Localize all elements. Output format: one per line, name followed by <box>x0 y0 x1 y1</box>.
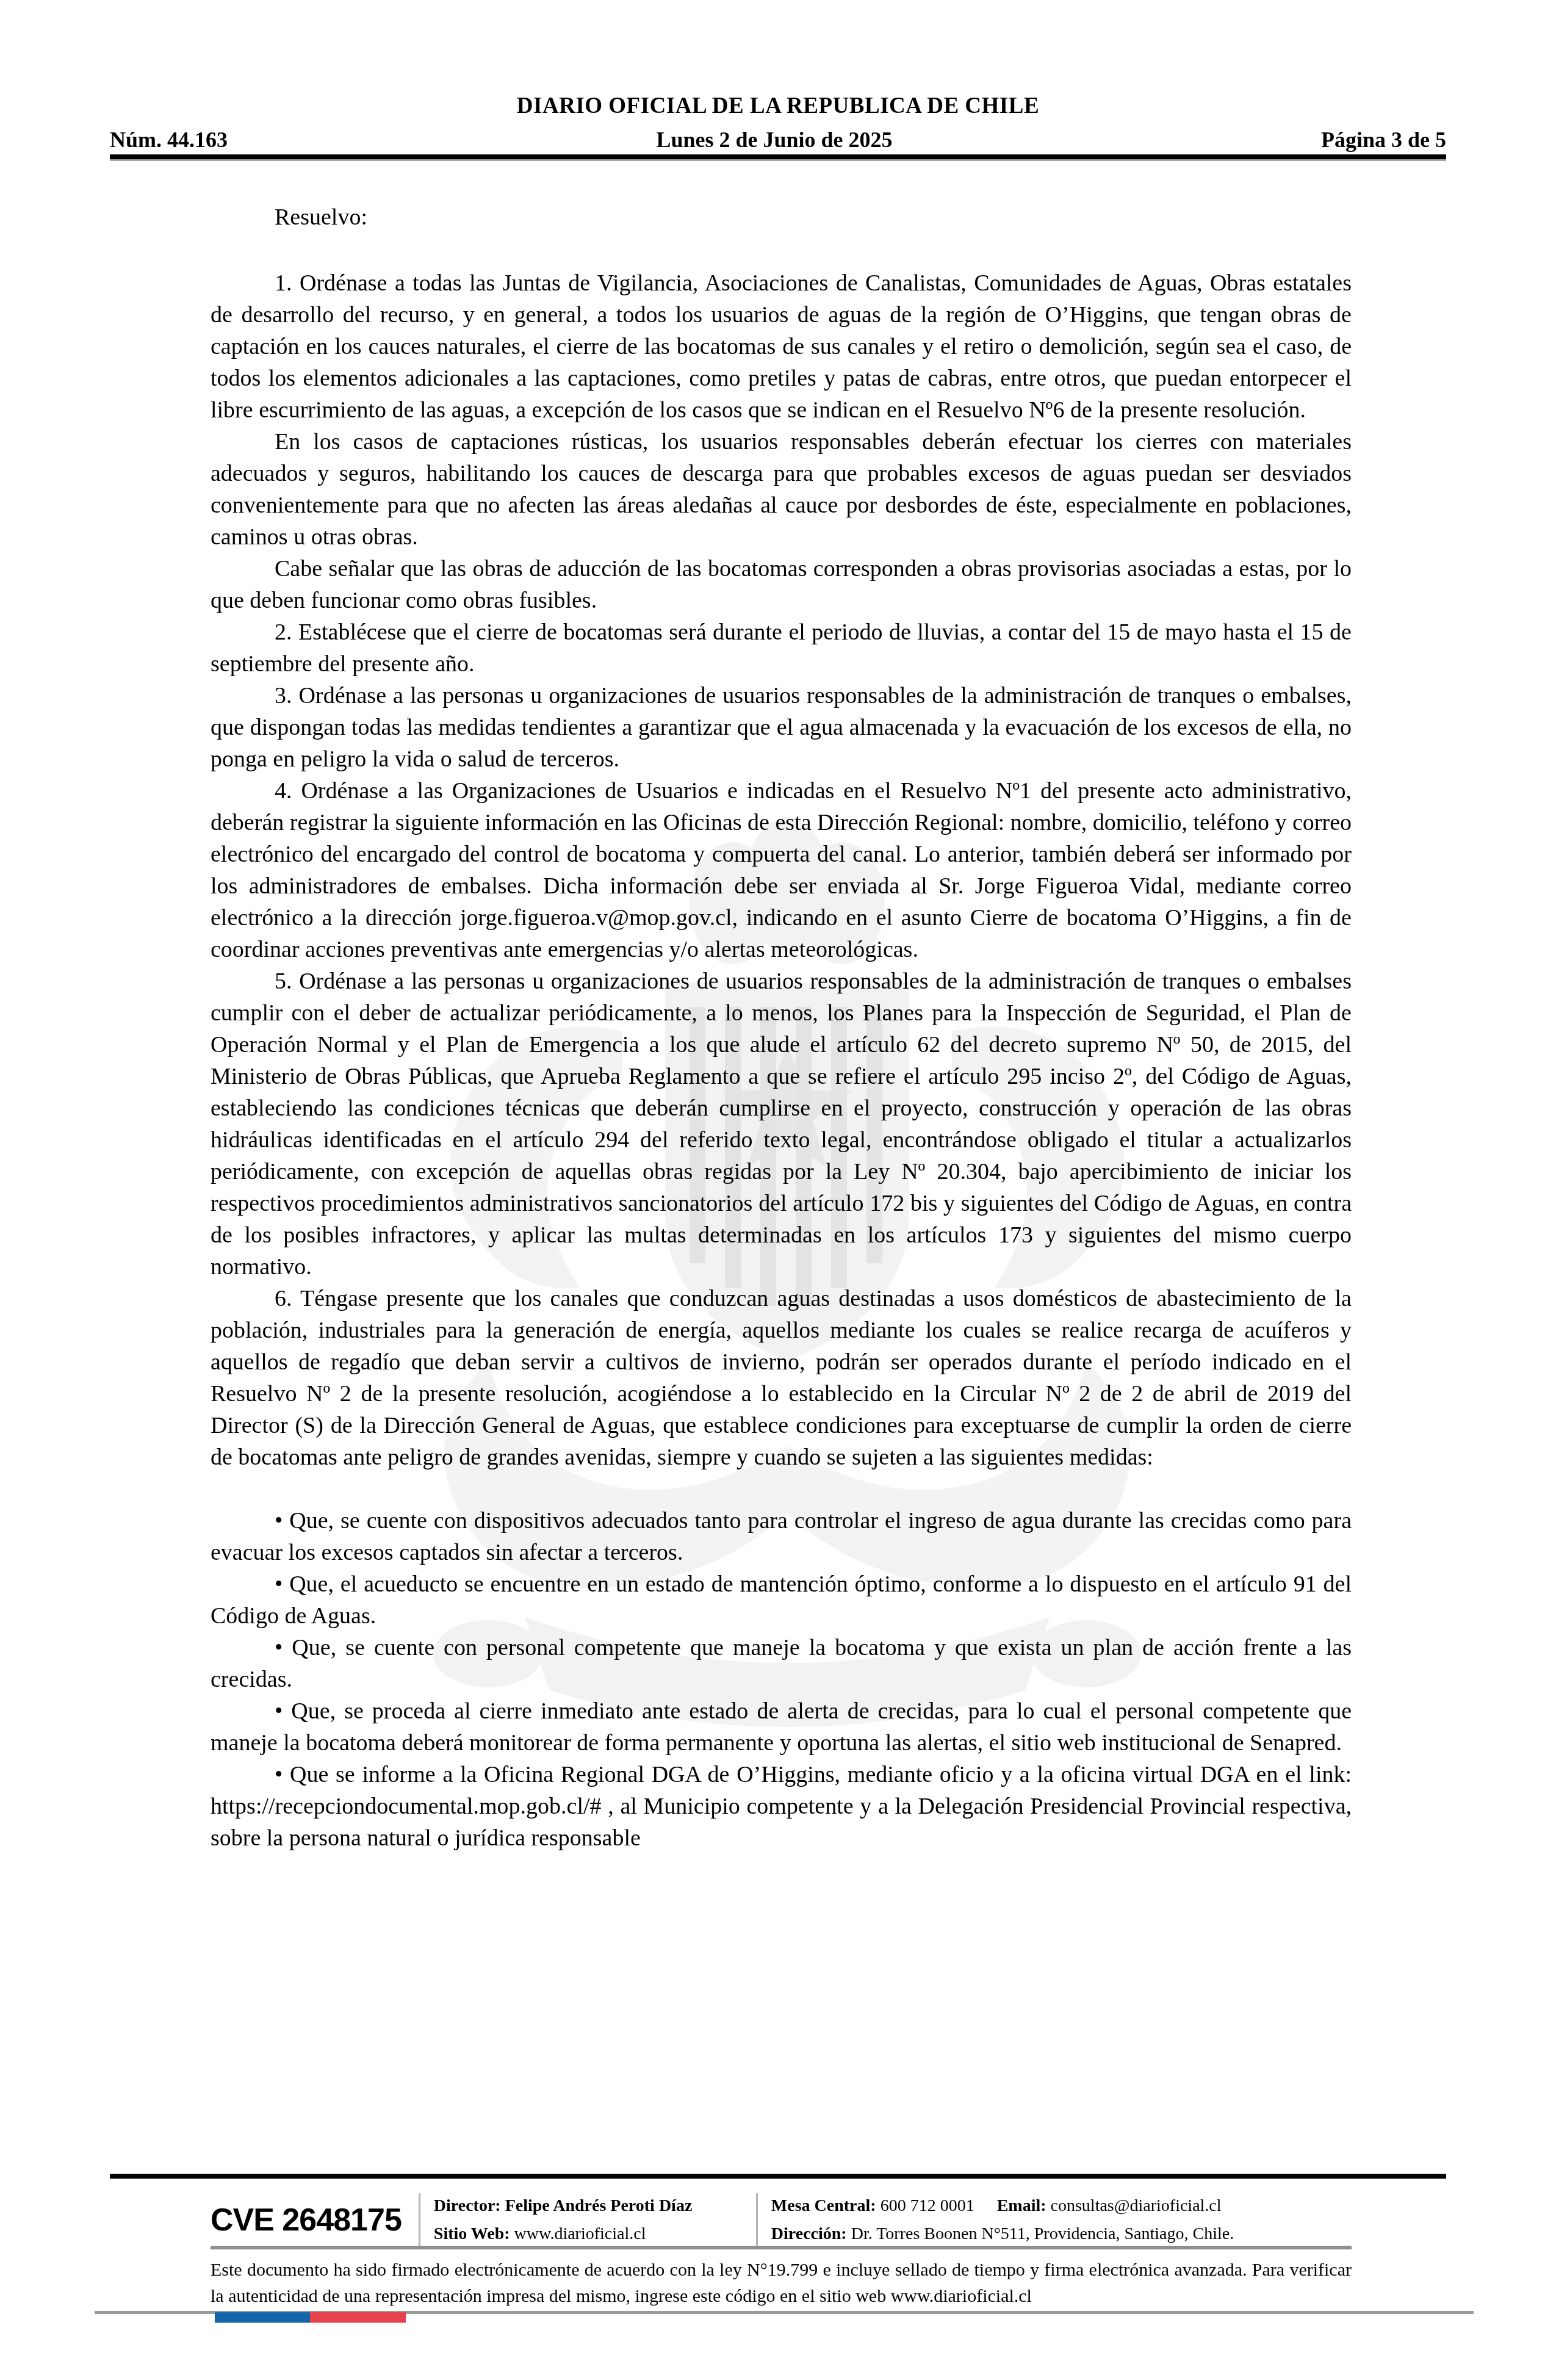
footer-gray-rule <box>211 2246 1352 2249</box>
body-paragraph: En los casos de captaciones rústicas, lo… <box>211 426 1352 553</box>
sitio-web-value: www.diarioficial.cl <box>514 2224 646 2243</box>
sitio-web-line: Sitio Web: www.diarioficial.cl <box>434 2220 756 2248</box>
direccion-value: Dr. Torres Boonen N°511, Providencia, Sa… <box>851 2224 1234 2243</box>
issue-number: Núm. 44.163 <box>110 127 228 153</box>
email-value: consultas@diarioficial.cl <box>1051 2196 1222 2215</box>
director-name: Felipe Andrés Peroti Díaz <box>505 2196 693 2215</box>
header-meta-row: Núm. 44.163 Lunes 2 de Junio de 2025 Pág… <box>110 127 1446 153</box>
body-paragraph: 5. Ordénase a las personas u organizacio… <box>211 965 1352 1283</box>
flag-bar-blue <box>215 2312 310 2323</box>
flag-bar-red <box>310 2312 406 2323</box>
legal-notice: Este documento ha sido firmado electróni… <box>211 2257 1352 2309</box>
footer-director-column: Director: Felipe Andrés Peroti Díaz Siti… <box>434 2192 756 2248</box>
bullet-item: • Que se informe a la Oficina Regional D… <box>211 1759 1352 1854</box>
footer-divider-right <box>756 2193 758 2247</box>
bullet-item: • Que, se cuente con personal competente… <box>211 1632 1352 1695</box>
paragraph-list: 1. Ordénase a todas las Juntas de Vigila… <box>211 267 1352 1473</box>
footer-contact-column: Mesa Central: 600 712 0001 Email: consul… <box>771 2192 1234 2248</box>
bullet-item: • Que, se cuente con dispositivos adecua… <box>211 1505 1352 1568</box>
mesa-central-value: 600 712 0001 <box>881 2196 974 2215</box>
body-paragraph: 1. Ordénase a todas las Juntas de Vigila… <box>211 267 1352 426</box>
bullet-item: • Que, se proceda al cierre inmediato an… <box>211 1695 1352 1759</box>
sitio-web-label: Sitio Web: <box>434 2224 510 2243</box>
header-date: Lunes 2 de Junio de 2025 <box>656 127 892 153</box>
bullet-list: • Que, se cuente con dispositivos adecua… <box>211 1505 1352 1854</box>
email-label: Email: <box>997 2196 1046 2215</box>
body-paragraph: 2. Establécese que el cierre de bocatoma… <box>211 616 1352 680</box>
header-rule <box>110 154 1446 161</box>
contact-line: Mesa Central: 600 712 0001 Email: consul… <box>771 2192 1234 2220</box>
footer-divider-left <box>419 2193 420 2247</box>
body-paragraph: 4. Ordénase a las Organizaciones de Usua… <box>211 775 1352 965</box>
director-line: Director: Felipe Andrés Peroti Díaz <box>434 2192 756 2220</box>
direccion-label: Dirección: <box>771 2224 847 2243</box>
cve-code: CVE 2648175 <box>211 2202 402 2238</box>
publication-title: DIARIO OFICIAL DE LA REPUBLICA DE CHILE <box>0 93 1556 119</box>
body-paragraph: 6. Téngase presente que los canales que … <box>211 1283 1352 1473</box>
body-paragraph: 3. Ordénase a las personas u organizacio… <box>211 680 1352 775</box>
body-paragraph: Cabe señalar que las obras de aducción d… <box>211 553 1352 616</box>
footer-top-rule <box>110 2174 1446 2179</box>
gazette-page: DIARIO OFICIAL DE LA REPUBLICA DE CHILE … <box>0 0 1556 2380</box>
address-line: Dirección: Dr. Torres Boonen N°511, Prov… <box>771 2220 1234 2248</box>
cve-row: CVE 2648175 Director: Felipe Andrés Pero… <box>211 2190 1352 2251</box>
bullet-item: • Que, el acueducto se encuentre en un e… <box>211 1568 1352 1632</box>
resuelvo-heading: Resuelvo: <box>211 201 1352 233</box>
mesa-central-label: Mesa Central: <box>771 2196 876 2215</box>
director-label: Director: <box>434 2196 501 2215</box>
resolution-text: Resuelvo: 1. Ordénase a todas las Juntas… <box>211 201 1352 1854</box>
page-indicator: Página 3 de 5 <box>1321 127 1446 153</box>
